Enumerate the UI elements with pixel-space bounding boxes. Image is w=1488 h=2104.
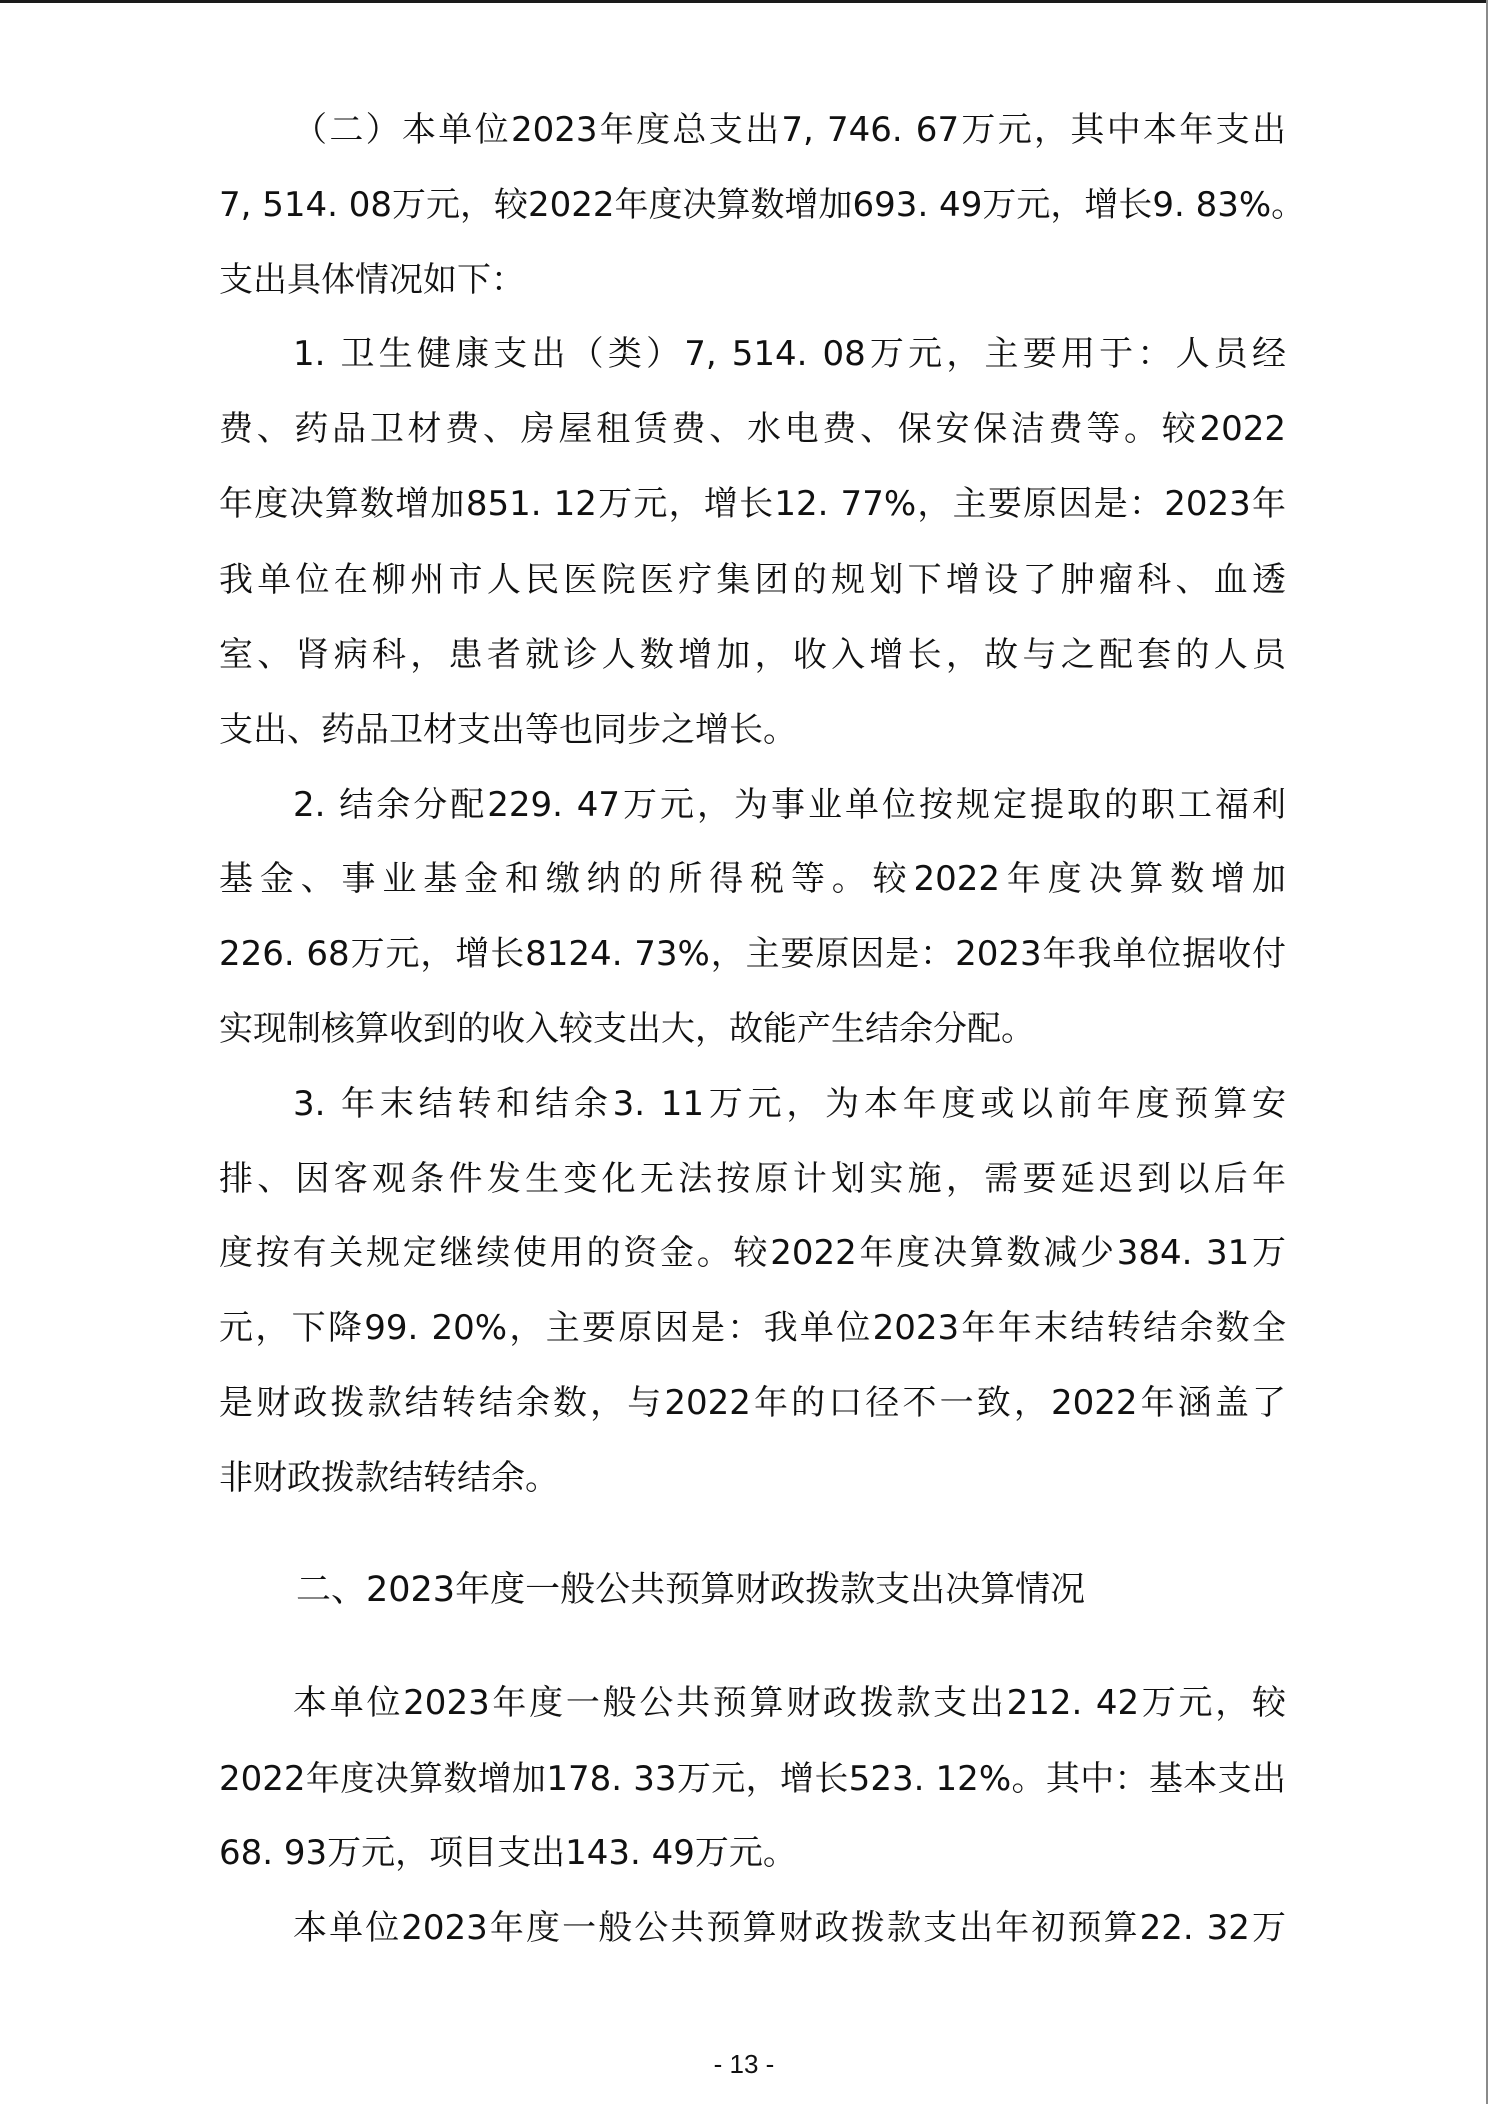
text-line: 支出具体情况如下： xyxy=(219,255,1286,305)
page-top-border xyxy=(0,0,1488,3)
text-line: 年度决算数增加851. 12万元，增长12. 77%，主要原因是：2023年 xyxy=(219,479,1286,529)
text-line: 我单位在柳州市人民医院医疗集团的规划下增设了肿瘤科、血透 xyxy=(219,555,1286,605)
text-line: 7, 514. 08万元，较2022年度决算数增加693. 49万元，增长9. … xyxy=(219,180,1286,230)
text-line: 226. 68万元，增长8124. 73%，主要原因是：2023年我单位据收付 xyxy=(219,929,1286,979)
text-line: （二）本单位2023年度总支出7, 746. 67万元，其中本年支出 xyxy=(293,105,1286,155)
text-line: 2. 结余分配229. 47万元，为事业单位按规定提取的职工福利 xyxy=(293,780,1286,830)
section-heading: 二、2023年度一般公共预算财政拨款支出决算情况 xyxy=(296,1565,1085,1615)
text-line: 室、肾病科，患者就诊人数增加，收入增长，故与之配套的人员 xyxy=(219,630,1286,680)
text-line: 实现制核算收到的收入较支出大，故能产生结余分配。 xyxy=(219,1004,1286,1054)
text-line: 排、因客观条件发生变化无法按原计划实施，需要延迟到以后年 xyxy=(219,1154,1286,1204)
text-line: 3. 年末结转和结余3. 11万元，为本年度或以前年度预算安 xyxy=(293,1079,1286,1129)
text-line: 度按有关规定继续使用的资金。较2022年度决算数减少384. 31万 xyxy=(219,1228,1286,1278)
text-line: 元，下降99. 20%，主要原因是：我单位2023年年末结转结余数全 xyxy=(219,1303,1286,1353)
text-line: 本单位2023年度一般公共预算财政拨款支出年初预算22. 32万 xyxy=(293,1903,1286,1953)
text-line: 2022年度决算数增加178. 33万元，增长523. 12%。其中：基本支出 xyxy=(219,1754,1286,1804)
text-line: 68. 93万元，项目支出143. 49万元。 xyxy=(219,1828,1286,1878)
text-line: 非财政拨款结转结余。 xyxy=(219,1453,1286,1503)
page-number: - 13 - xyxy=(0,2047,1488,2081)
text-line: 支出、药品卫材支出等也同步之增长。 xyxy=(219,705,1286,755)
text-line: 费、药品卫材费、房屋租赁费、水电费、保安保洁费等。较2022 xyxy=(219,404,1286,454)
text-line: 本单位2023年度一般公共预算财政拨款支出212. 42万元，较 xyxy=(293,1678,1286,1728)
text-line: 是财政拨款结转结余数，与2022年的口径不一致，2022年涵盖了 xyxy=(219,1378,1286,1428)
text-line: 基金、事业基金和缴纳的所得税等。较2022年度决算数增加 xyxy=(219,854,1286,904)
text-line: 1. 卫生健康支出（类）7, 514. 08万元，主要用于：人员经 xyxy=(293,329,1286,379)
